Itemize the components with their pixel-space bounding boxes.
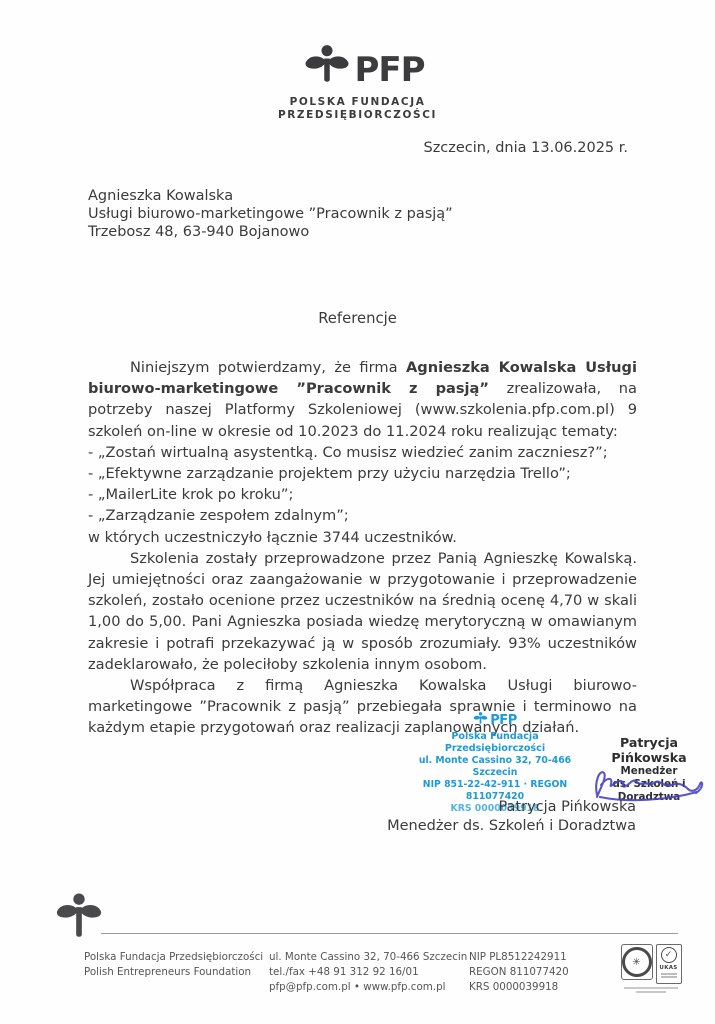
- training-topic-item: - „MailerLite krok po kroku”;: [88, 484, 637, 505]
- recipient-company: Usługi biurowo-marketingowe ”Pracownik z…: [88, 205, 453, 223]
- p1-text-start: Niniejszym potwierdzamy, że firma: [130, 359, 406, 376]
- letter-body: Niniejszym potwierdzamy, że firma Agnies…: [88, 357, 637, 739]
- recipient-name: Agnieszka Kowalska: [88, 187, 453, 205]
- training-topic-item: - „Zarządzanie zespołem zdalnym”;: [88, 505, 637, 526]
- pfp-header-logo: PFP POLSKA FUNDACJA PRZEDSIĘBIORCZOŚCI: [0, 44, 715, 122]
- signoff-name: Patrycja Pińkowska: [288, 798, 636, 817]
- signoff-block: Patrycja Pińkowska Menedżer ds. Szkoleń …: [288, 798, 636, 835]
- pfp-footer-icon: [55, 893, 103, 945]
- org-name-line1: POLSKA FUNDACJA: [0, 96, 715, 109]
- stamp-brand-text: PFP: [490, 713, 516, 728]
- signoff-role: Menedżer ds. Szkoleń i Doradztwa: [288, 817, 636, 836]
- badge-caption-lines: [618, 987, 684, 993]
- recipient-address: Trzebosz 48, 63-940 Bojanowo: [88, 223, 453, 241]
- footer-phone: tel./fax +48 91 312 92 16/01: [269, 965, 469, 980]
- reference-letter-page: PFP POLSKA FUNDACJA PRZEDSIĘBIORCZOŚCI S…: [0, 0, 715, 1024]
- footer-contact: Polska Fundacja Przedsiębiorczości Polis…: [84, 950, 624, 995]
- ukas-label: UKAS: [659, 965, 677, 971]
- stamp-person-name: Patrycja Pińkowska: [583, 735, 715, 765]
- training-topic-item: - „Zostań wirtualną asystentką. Co musis…: [88, 442, 637, 463]
- footer-divider: [101, 933, 678, 934]
- paragraph-2: Szkolenia zostały przeprowadzone przez P…: [88, 548, 637, 675]
- recipient-block: Agnieszka Kowalska Usługi biurowo-market…: [88, 187, 453, 241]
- pfp-bird-icon-blue: [473, 712, 488, 728]
- certification-badges: ✳ ✓ UKAS: [618, 944, 684, 994]
- date-line: Szczecin, dnia 13.06.2025 r.: [423, 140, 628, 156]
- paragraph-1: Niniejszym potwierdzamy, że firma Agnies…: [88, 357, 637, 442]
- footer-regon: REGON 811077420: [469, 965, 609, 980]
- stamp-org-name: Polska Fundacja Przedsiębiorczości: [404, 731, 586, 755]
- footer-org-en: Polish Entrepreneurs Foundation: [84, 965, 269, 980]
- participants-summary: w których uczestniczyło łącznie 3744 ucz…: [88, 527, 637, 548]
- org-name-line2: PRZEDSIĘBIORCZOŚCI: [0, 109, 715, 122]
- stamp-org-address: ul. Monte Cassino 32, 70-466 Szczecin: [404, 755, 586, 779]
- footer-org-pl: Polska Fundacja Przedsiębiorczości: [84, 950, 269, 965]
- training-topic-item: - „Efektywne zarządzanie projektem przy …: [88, 463, 637, 484]
- footer-address: ul. Monte Cassino 32, 70-466 Szczecin: [269, 950, 469, 965]
- document-title: Referencje: [0, 310, 715, 327]
- footer-nip: NIP PL8512242911: [469, 950, 609, 965]
- ukas-badge-icon: ✓ UKAS: [656, 944, 682, 984]
- footer-email-web: pfp@pfp.com.pl • www.pfp.com.pl: [269, 980, 469, 995]
- quality-mark-icon: ✳: [621, 944, 653, 980]
- footer-krs: KRS 0000039918: [469, 980, 609, 995]
- pfp-brand-text: PFP: [354, 44, 424, 96]
- pfp-bird-icon: [304, 44, 350, 96]
